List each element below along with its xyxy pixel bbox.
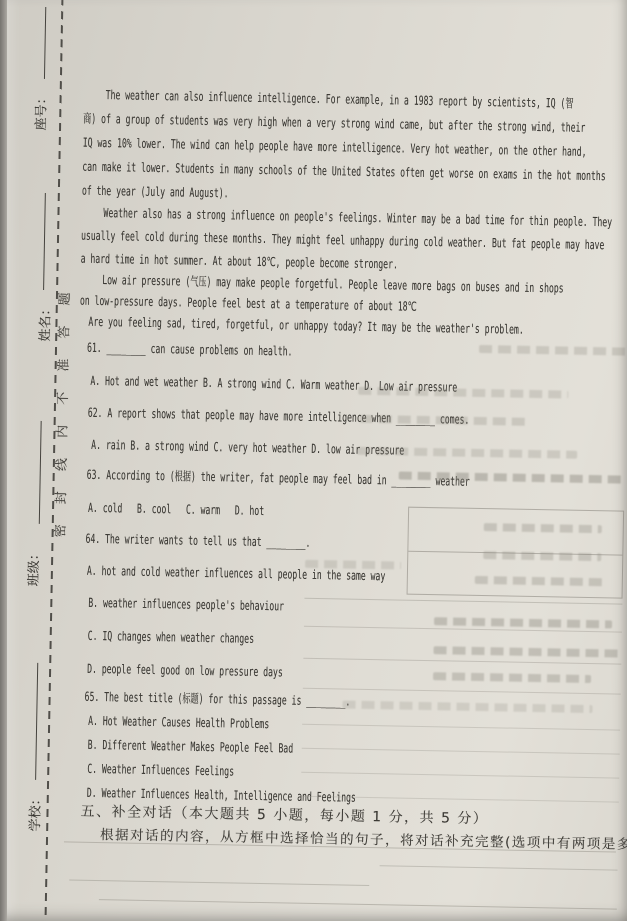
bleedthrough-rule-line bbox=[302, 724, 620, 731]
bleedthrough-text-smudge bbox=[479, 345, 627, 356]
question-62-options: A. rain B. a strong wind C. very hot wea… bbox=[91, 438, 404, 458]
question-64-option-c: C. IQ changes when weather changes bbox=[88, 629, 255, 646]
question-65-option-d: D. Weather Influences Health, Intelligen… bbox=[87, 786, 356, 805]
bleedthrough-text-smudge bbox=[475, 576, 603, 586]
question-61: 61. ________ can cause problems on healt… bbox=[87, 341, 293, 359]
bleedthrough-table bbox=[407, 507, 625, 599]
passage-line: IQ was 10% lower. The wind can help peop… bbox=[83, 136, 587, 159]
question-65-option-b: B. Different Weather Makes People Feel B… bbox=[88, 738, 294, 756]
bleedthrough-rule-line bbox=[69, 880, 369, 886]
question-64-option-a: A. hot and cold weather influences all p… bbox=[87, 564, 386, 583]
exam-paper: 密 封 线 内 不 准 答 题 座号： 姓名： 班级： 学校： The weat… bbox=[7, 0, 627, 921]
question-63: 63. According to (根据) the writer, fat pe… bbox=[87, 468, 470, 489]
passage-line: Low air pressure (气压) may make people fo… bbox=[102, 273, 564, 295]
bleedthrough-rule-line bbox=[304, 598, 622, 605]
bleedthrough-rule-line bbox=[302, 748, 620, 755]
question-65-option-a: A. Hot Weather Causes Health Problems bbox=[88, 714, 269, 731]
question-61-options: A. Hot and wet weather B. A strong wind … bbox=[90, 374, 457, 395]
school-blank-line bbox=[35, 663, 38, 780]
seat-number-label: 座号： bbox=[30, 81, 49, 141]
passage-line: 商) of a group of students was very high … bbox=[83, 112, 585, 135]
question-65-option-c: C. Weather Influences Feelings bbox=[87, 762, 234, 779]
page-content: 密 封 线 内 不 准 答 题 座号： 姓名： 班级： 学校： The weat… bbox=[7, 0, 627, 921]
section-5-instruction: 根据对话的内容，从方框中选择恰当的句子，将对话补充完整(选项中有两项是多余的)。 bbox=[100, 827, 627, 854]
question-64-option-d: D. people feel good on low pressure days bbox=[87, 662, 283, 680]
bleedthrough-text-smudge bbox=[434, 617, 612, 628]
name-blank-line bbox=[43, 193, 46, 290]
bleedthrough-rule-line bbox=[380, 865, 618, 870]
bleedthrough-rule-line bbox=[301, 772, 619, 779]
question-64-option-b: B. weather influences people's behaviour bbox=[88, 596, 284, 614]
passage-line: The weather can also influence intellige… bbox=[106, 88, 574, 111]
bleedthrough-text-smudge bbox=[483, 551, 601, 561]
passage-line: usually feel cold during these months. T… bbox=[81, 229, 605, 253]
bleedthrough-text-smudge bbox=[484, 523, 602, 533]
class-label: 班级： bbox=[22, 537, 41, 597]
passage-line: a hard time in hot summer. At about 18℃,… bbox=[81, 252, 399, 272]
bleedthrough-text-smudge bbox=[342, 701, 592, 714]
question-64: 64. The writer wants to tell us that ___… bbox=[85, 532, 310, 550]
question-62: 62. A report shows that people may have … bbox=[88, 406, 470, 427]
question-65: 65. The best title (标题) for this passage… bbox=[85, 690, 351, 709]
bleedthrough-rule-line bbox=[99, 899, 617, 909]
name-label: 姓名： bbox=[34, 292, 53, 352]
seat-number-blank-line bbox=[44, 7, 46, 79]
bleedthrough-rule-line bbox=[303, 658, 621, 665]
passage-line: can make it lower. Students in many scho… bbox=[82, 160, 606, 184]
section-5-heading: 五、补全对话（本大题共 5 小题，每小题 1 分，共 5 分） bbox=[80, 804, 488, 827]
passage-line: on low-pressure days. People feel best a… bbox=[80, 294, 417, 314]
question-63-options: A. cold B. cool C. warm D. hot bbox=[88, 501, 264, 518]
bleedthrough-text-smudge bbox=[433, 646, 621, 657]
passage-line: Weather also has a strong influence on p… bbox=[103, 206, 612, 229]
bleedthrough-text-smudge bbox=[433, 672, 591, 683]
class-blank-line bbox=[39, 421, 42, 524]
passage-line: of the year (July and August). bbox=[82, 184, 229, 201]
bleedthrough-rule-line bbox=[304, 626, 622, 633]
passage-line: Are you feeling sad, tired, forgetful, o… bbox=[88, 315, 524, 337]
school-label: 学校： bbox=[24, 782, 43, 842]
